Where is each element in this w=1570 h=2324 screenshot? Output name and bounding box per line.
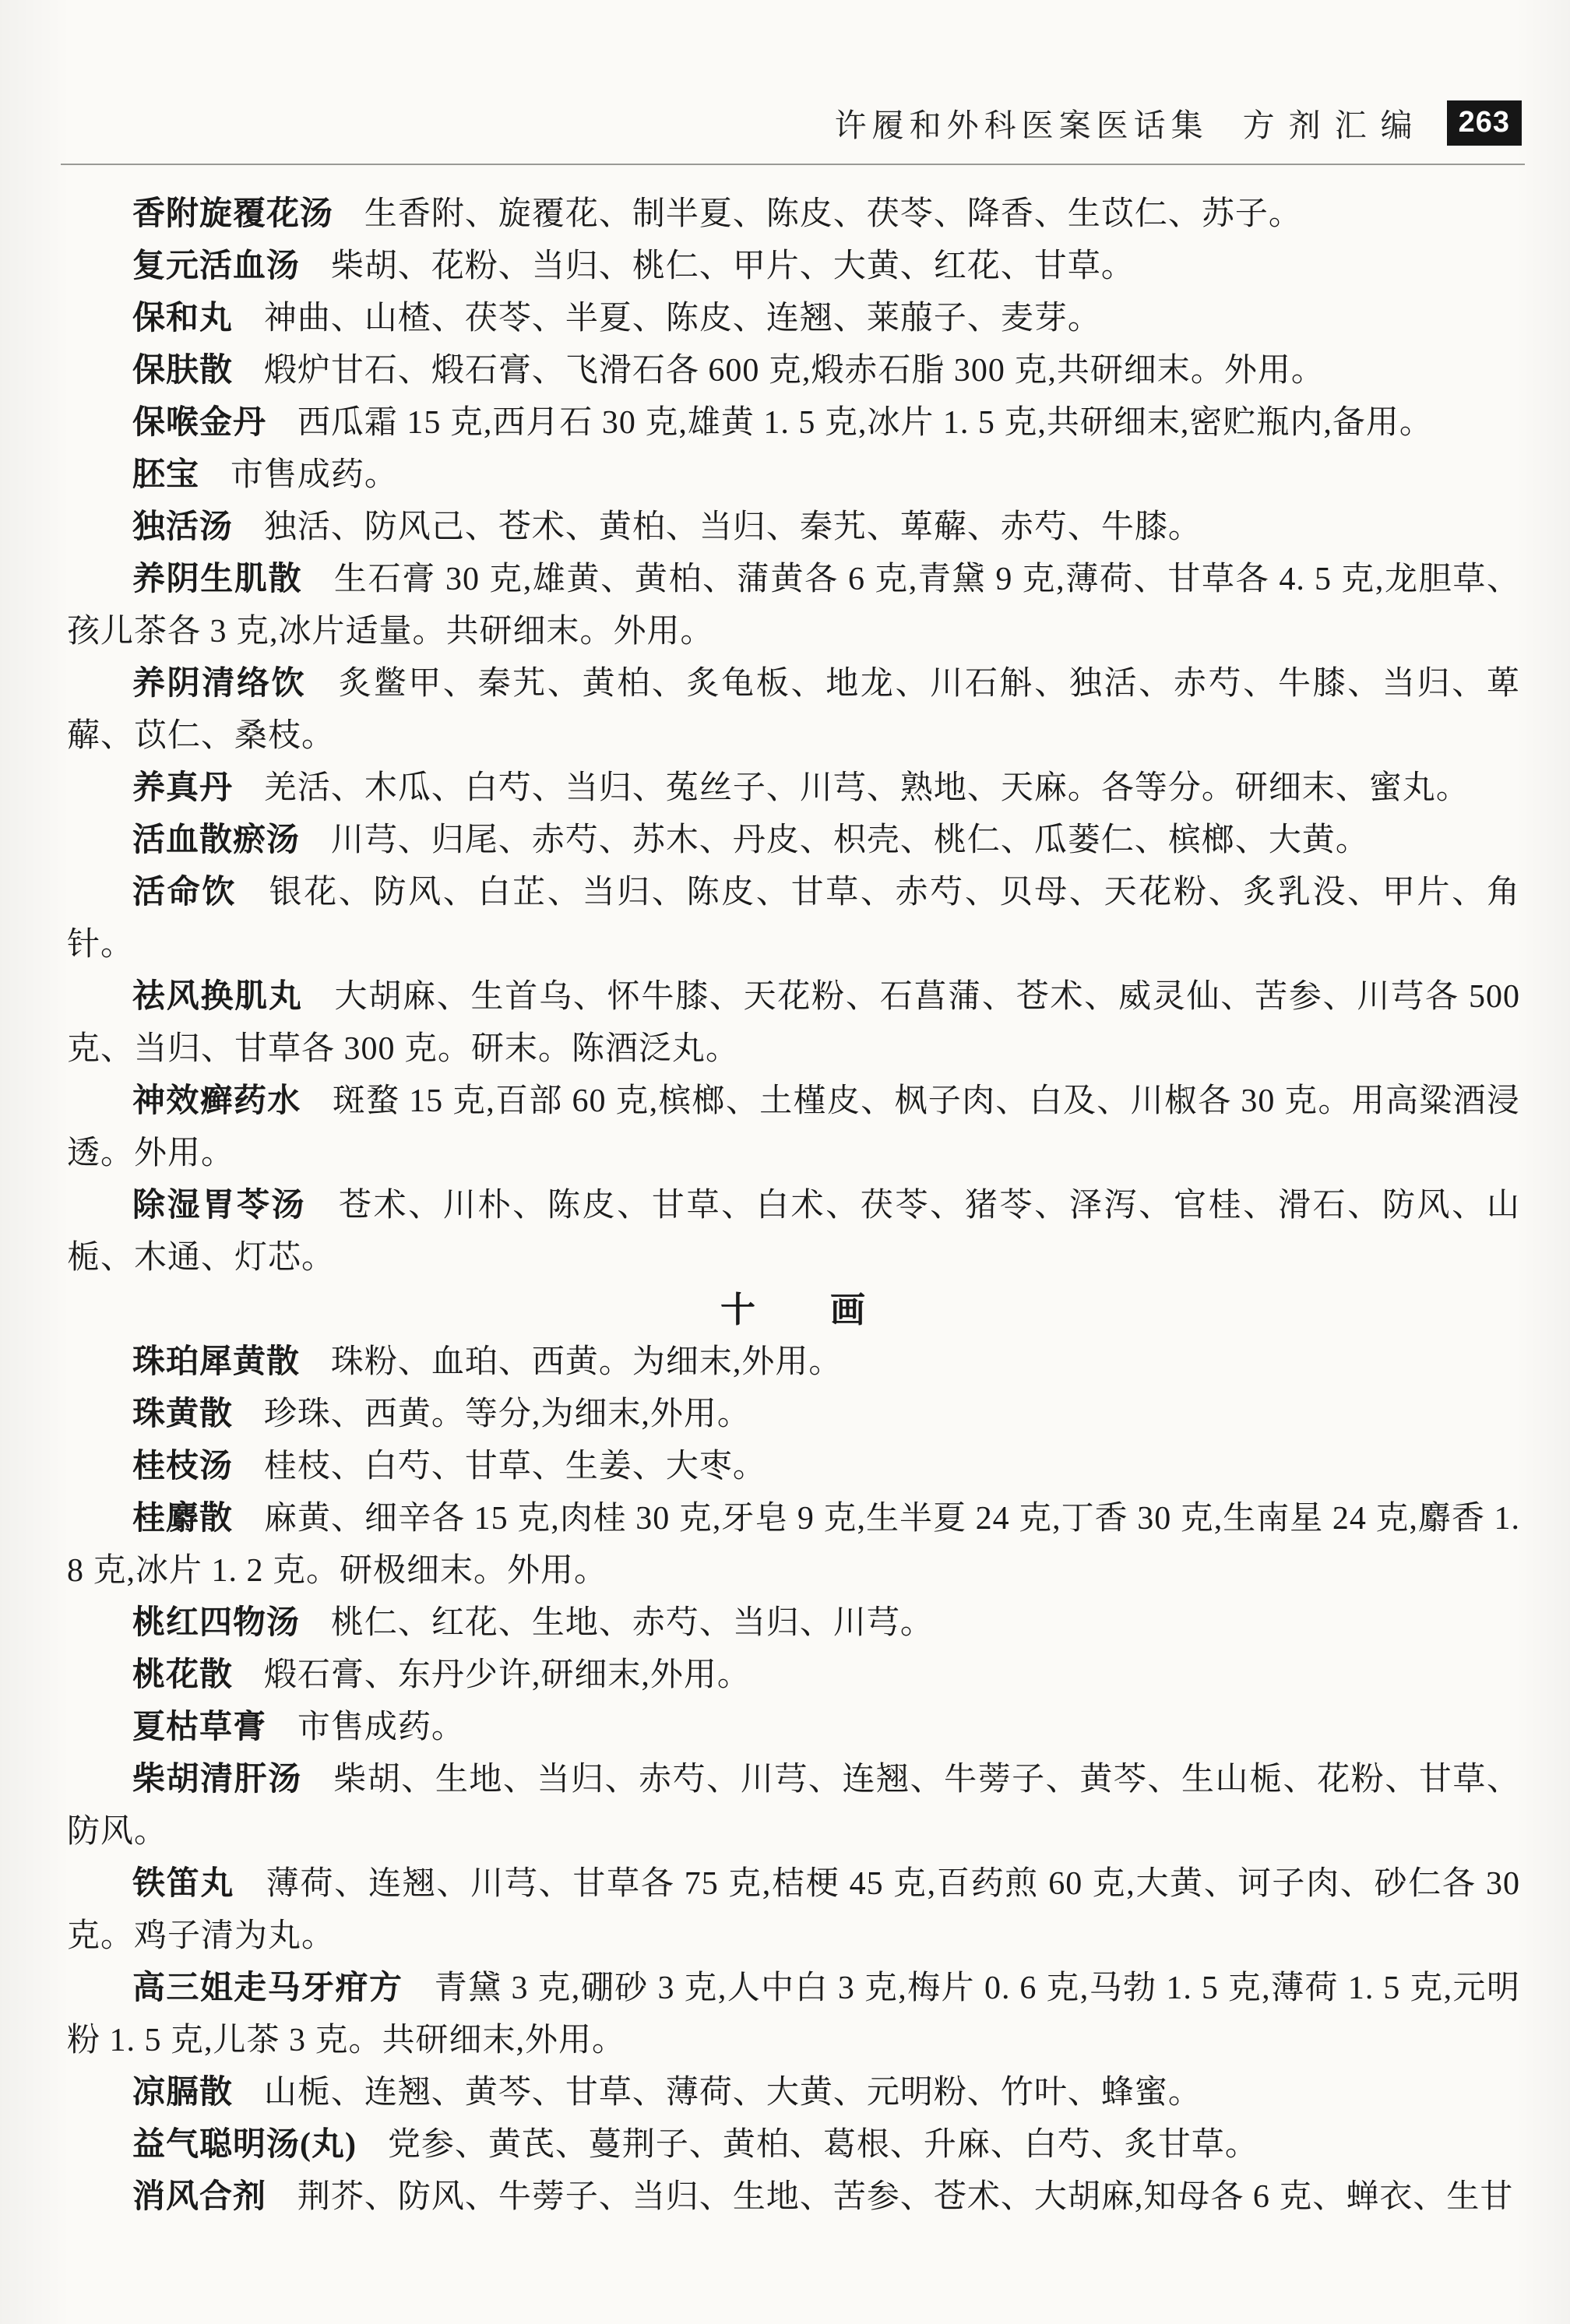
formula-entry: 独活汤独活、防风己、苍术、黄柏、当归、秦艽、萆薢、赤芍、牛膝。 — [67, 502, 1520, 554]
formula-ingredients: 西瓜霜 15 克,西月石 30 克,雄黄 1. 5 克,冰片 1. 5 克,共研… — [297, 405, 1433, 441]
formula-ingredients: 川芎、归尾、赤芍、苏木、丹皮、枳壳、桃仁、瓜蒌仁、槟榔、大黄。 — [331, 822, 1369, 858]
formula-entry: 活命饮银花、防风、白芷、当归、陈皮、甘草、赤芍、贝母、天花粉、炙乳没、甲片、角针… — [67, 867, 1520, 971]
formula-entry: 柴胡清肝汤柴胡、生地、当归、赤芍、川芎、连翘、牛蒡子、黄芩、生山栀、花粉、甘草、… — [67, 1754, 1520, 1858]
section-title: 方剂汇编 — [1243, 100, 1427, 146]
formula-ingredients: 珠粉、血珀、西黄。为细末,外用。 — [331, 1344, 843, 1380]
formula-entry: 凉膈散山栀、连翘、黄芩、甘草、薄荷、大黄、元明粉、竹叶、蜂蜜。 — [67, 2067, 1520, 2119]
page-header: 许履和外科医案医话集 方剂汇编 263 — [835, 100, 1522, 146]
formula-entry: 复元活血汤柴胡、花粉、当归、桃仁、甲片、大黄、红花、甘草。 — [67, 241, 1520, 293]
formula-ingredients: 独活、防风己、苍术、黄柏、当归、秦艽、萆薢、赤芍、牛膝。 — [264, 509, 1202, 545]
formula-entry: 养阴生肌散生石膏 30 克,雄黄、黄柏、蒲黄各 6 克,青黛 9 克,薄荷、甘草… — [67, 554, 1520, 658]
formula-entry: 祛风换肌丸大胡麻、生首乌、怀牛膝、天花粉、石菖蒲、苍术、威灵仙、苦参、川芎各 5… — [67, 971, 1520, 1076]
formula-entry: 高三姐走马牙疳方青黛 3 克,硼砂 3 克,人中白 3 克,梅片 0. 6 克,… — [67, 1963, 1520, 2067]
formula-ingredients: 煅炉甘石、煅石膏、飞滑石各 600 克,煅赤石脂 300 克,共研细末。外用。 — [264, 353, 1325, 389]
formula-name: 复元活血汤 — [132, 248, 300, 284]
formula-name: 高三姐走马牙疳方 — [132, 1970, 403, 2006]
formula-ingredients: 神曲、山楂、茯苓、半夏、陈皮、连翘、莱菔子、麦芽。 — [264, 301, 1101, 336]
formula-entry: 除湿胃苓汤苍术、川朴、陈皮、甘草、白术、茯苓、猪苓、泽泻、官桂、滑石、防风、山栀… — [67, 1180, 1520, 1284]
formula-ingredients: 珍珠、西黄。等分,为细末,外用。 — [264, 1396, 751, 1432]
formula-entry: 益气聪明汤(丸)党参、黄芪、蔓荆子、黄柏、葛根、升麻、白芍、炙甘草。 — [67, 2119, 1520, 2171]
formula-name: 珠黄散 — [132, 1396, 233, 1432]
formula-name: 祛风换肌丸 — [132, 979, 303, 1015]
formula-entry: 桂枝汤桂枝、白芍、甘草、生姜、大枣。 — [67, 1441, 1520, 1493]
formula-ingredients: 麻黄、细辛各 15 克,肉桂 30 克,牙皂 9 克,生半夏 24 克,丁香 3… — [67, 1501, 1520, 1589]
formula-ingredients: 桃仁、红花、生地、赤芍、当归、川芎。 — [331, 1605, 934, 1641]
formula-name: 消风合剂 — [132, 2179, 266, 2215]
formula-entry: 桃红四物汤桃仁、红花、生地、赤芍、当归、川芎。 — [67, 1597, 1520, 1650]
formula-entry: 桂麝散麻黄、细辛各 15 克,肉桂 30 克,牙皂 9 克,生半夏 24 克,丁… — [67, 1493, 1520, 1597]
formula-name: 夏枯草膏 — [132, 1710, 266, 1745]
formula-ingredients: 市售成药。 — [297, 1710, 465, 1745]
formula-entry: 神效癣药水斑蝥 15 克,百部 60 克,槟榔、土槿皮、枫子肉、白及、川椒各 3… — [67, 1076, 1520, 1180]
formula-name: 养阴生肌散 — [132, 562, 302, 597]
formula-ingredients: 桂枝、白芍、甘草、生姜、大枣。 — [264, 1449, 766, 1484]
formula-ingredients: 市售成药。 — [231, 457, 398, 493]
formula-name: 活血散瘀汤 — [132, 822, 300, 858]
formula-ingredients: 薄荷、连翘、川芎、甘草各 75 克,桔梗 45 克,百药煎 60 克,大黄、诃子… — [67, 1866, 1520, 1954]
formula-name: 桂麝散 — [132, 1501, 233, 1537]
formula-name: 柴胡清肝汤 — [132, 1762, 302, 1798]
formula-name: 铁笛丸 — [132, 1866, 234, 1902]
formula-entry: 保肤散煅炉甘石、煅石膏、飞滑石各 600 克,煅赤石脂 300 克,共研细末。外… — [67, 345, 1520, 397]
formula-entry: 保喉金丹西瓜霜 15 克,西月石 30 克,雄黄 1. 5 克,冰片 1. 5 … — [67, 397, 1520, 449]
formula-ingredients: 银花、防风、白芷、当归、陈皮、甘草、赤芍、贝母、天花粉、炙乳没、甲片、角针。 — [67, 875, 1520, 963]
formula-name: 养阴清络饮 — [132, 666, 306, 702]
formula-entry: 活血散瘀汤川芎、归尾、赤芍、苏木、丹皮、枳壳、桃仁、瓜蒌仁、槟榔、大黄。 — [67, 815, 1520, 867]
formula-name: 桂枝汤 — [132, 1449, 233, 1484]
formula-name: 保肤散 — [132, 353, 233, 389]
formula-name: 香附旋覆花汤 — [132, 196, 333, 232]
formula-ingredients: 山栀、连翘、黄芩、甘草、薄荷、大黄、元明粉、竹叶、蜂蜜。 — [264, 2075, 1202, 2111]
book-title: 许履和外科医案医话集 — [835, 100, 1209, 146]
formula-entry: 保和丸神曲、山楂、茯苓、半夏、陈皮、连翘、莱菔子、麦芽。 — [67, 293, 1520, 345]
formula-entry: 珠黄散珍珠、西黄。等分,为细末,外用。 — [67, 1389, 1520, 1441]
formula-entry: 香附旋覆花汤生香附、旋覆花、制半夏、陈皮、茯苓、降香、生苡仁、苏子。 — [67, 188, 1520, 241]
formula-entry: 养真丹羌活、木瓜、白芍、当归、菟丝子、川芎、熟地、天麻。各等分。研细末、蜜丸。 — [67, 762, 1520, 815]
formula-name: 益气聪明汤(丸) — [132, 2127, 357, 2163]
formula-name: 桃红四物汤 — [132, 1605, 300, 1641]
formula-entry: 桃花散煅石膏、东丹少许,研细末,外用。 — [67, 1650, 1520, 1702]
formula-entry: 珠珀犀黄散珠粉、血珀、西黄。为细末,外用。 — [67, 1336, 1520, 1389]
formula-entry: 消风合剂荆芥、防风、牛蒡子、当归、生地、苦参、苍术、大胡麻,知母各 6 克、蝉衣… — [67, 2171, 1520, 2224]
formula-name: 除湿胃苓汤 — [132, 1188, 306, 1224]
formula-ingredients: 荆芥、防风、牛蒡子、当归、生地、苦参、苍术、大胡麻,知母各 6 克、蝉衣、生甘 — [297, 2179, 1514, 2215]
formula-name: 保喉金丹 — [132, 405, 266, 441]
formula-name: 胚宝 — [132, 457, 199, 493]
formula-ingredients: 羌活、木瓜、白芍、当归、菟丝子、川芎、熟地、天麻。各等分。研细末、蜜丸。 — [264, 770, 1470, 806]
formula-name: 桃花散 — [132, 1657, 233, 1693]
formula-name: 养真丹 — [132, 770, 233, 806]
formula-ingredients: 党参、黄芪、蔓荆子、黄柏、葛根、升麻、白芍、炙甘草。 — [388, 2127, 1258, 2163]
formula-name: 珠珀犀黄散 — [132, 1344, 300, 1380]
formula-name: 活命饮 — [132, 875, 237, 910]
formula-entry: 夏枯草膏市售成药。 — [67, 1702, 1520, 1754]
section-heading: 十 画 — [67, 1284, 1520, 1336]
book-page: 许履和外科医案医话集 方剂汇编 263 香附旋覆花汤生香附、旋覆花、制半夏、陈皮… — [0, 0, 1570, 2324]
formula-ingredients: 煅石膏、东丹少许,研细末,外用。 — [264, 1657, 751, 1693]
header-rule — [61, 164, 1525, 165]
formula-name: 独活汤 — [132, 509, 233, 545]
formula-name: 神效癣药水 — [132, 1083, 301, 1119]
formula-name: 凉膈散 — [132, 2075, 233, 2111]
formula-ingredients: 生香附、旋覆花、制半夏、陈皮、茯苓、降香、生苡仁、苏子。 — [364, 196, 1302, 232]
formula-entry: 养阴清络饮炙鳖甲、秦艽、黄柏、炙龟板、地龙、川石斛、独活、赤芍、牛膝、当归、萆薢… — [67, 658, 1520, 762]
formula-ingredients: 柴胡、花粉、当归、桃仁、甲片、大黄、红花、甘草。 — [331, 248, 1135, 284]
formula-entry: 铁笛丸薄荷、连翘、川芎、甘草各 75 克,桔梗 45 克,百药煎 60 克,大黄… — [67, 1858, 1520, 1963]
page-number-badge: 263 — [1447, 100, 1522, 146]
formula-list: 香附旋覆花汤生香附、旋覆花、制半夏、陈皮、茯苓、降香、生苡仁、苏子。复元活血汤柴… — [67, 188, 1520, 2224]
formula-name: 保和丸 — [132, 301, 233, 336]
formula-entry: 胚宝市售成药。 — [67, 449, 1520, 502]
